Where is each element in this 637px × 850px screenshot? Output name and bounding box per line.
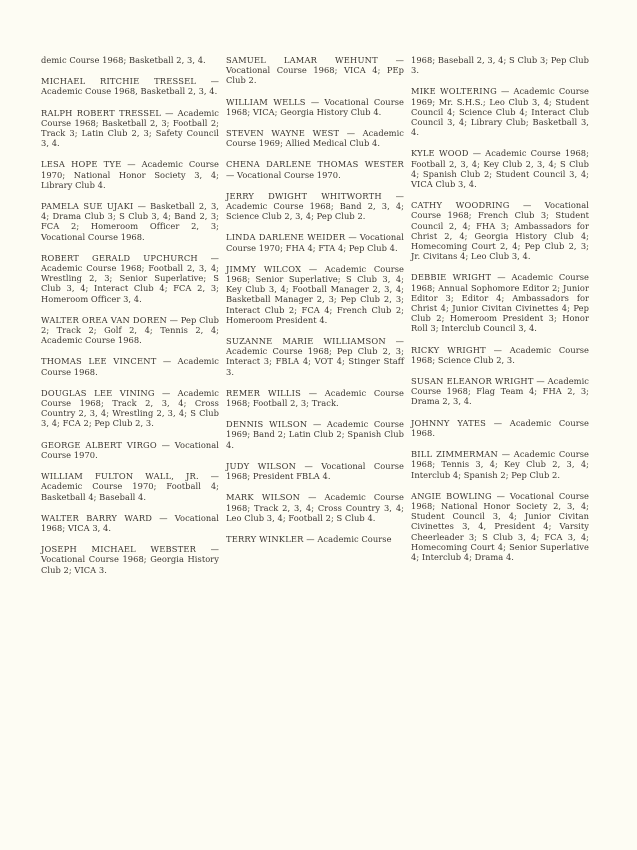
student-name: CHENA DARLENE THOMAS WESTER (226, 159, 404, 169)
student-name: SUSAN ELEANOR WRIGHT (411, 376, 534, 386)
senior-entry: SAMUEL LAMAR WEHUNT — Vocational Course … (226, 55, 404, 86)
senior-entry: LESA HOPE TYE — Academic Course 1970; Na… (41, 159, 219, 190)
student-activities: demic Course 1968; Basketball 2, 3, 4. (41, 55, 206, 65)
senior-entry: WILLIAM WELLS — Vocational Course 1968; … (226, 97, 404, 117)
senior-entry: MICHAEL RITCHIE TRESSEL — Academic Couse… (41, 76, 219, 96)
senior-entry: RALPH ROBERT TRESSEL — Academic Course 1… (41, 108, 219, 149)
senior-entry: JOSEPH MICHAEL WEBSTER — Vocational Cour… (41, 544, 219, 575)
student-name: LINDA DARLENE WEIDER (226, 232, 345, 242)
senior-entry: MIKE WOLTERING — Academic Course 1969; M… (411, 86, 589, 137)
column-3: 1968; Baseball 2, 3, 4; S Club 3; Pep Cl… (411, 55, 589, 573)
senior-entry: PAMELA SUE UJAKI — Basketball 2, 3, 4; D… (41, 201, 219, 242)
student-name: JERRY DWIGHT WHITWORTH (226, 191, 382, 201)
student-name: GEORGE ALBERT VIRGO (41, 440, 157, 450)
senior-entry: DEBBIE WRIGHT — Academic Course 1968; An… (411, 272, 589, 333)
senior-entry: ROBERT GERALD UPCHURCH — Academic Course… (41, 253, 219, 304)
student-name: RALPH ROBERT TRESSEL (41, 108, 161, 118)
senior-entry: THOMAS LEE VINCENT — Academic Course 196… (41, 356, 219, 376)
senior-entry: WALTER BARRY WARD — Vocational 1968; VIC… (41, 513, 219, 533)
senior-entry: TERRY WINKLER — Academic Course (226, 534, 404, 544)
student-activities: — Academic Course (304, 534, 392, 544)
senior-entry: STEVEN WAYNE WEST — Academic Course 1969… (226, 128, 404, 148)
student-activities: — Vocational Course 1970. (226, 170, 341, 180)
senior-entry: JIMMY WILCOX — Academic Course 1968; Sen… (226, 264, 404, 325)
student-name: WILLIAM FULTON WALL, JR. (41, 471, 199, 481)
student-name: DENNIS WILSON (226, 419, 307, 429)
student-name: ANGIE BOWLING (411, 491, 492, 501)
senior-entry: SUSAN ELEANOR WRIGHT — Academic Course 1… (411, 376, 589, 407)
senior-entry: REMER WILLIS — Academic Course 1968; Foo… (226, 388, 404, 408)
student-name: RICKY WRIGHT (411, 345, 486, 355)
student-name: MICHAEL RITCHIE TRESSEL (41, 76, 196, 86)
senior-entry: RICKY WRIGHT — Academic Course 1968; Sci… (411, 345, 589, 365)
student-name: BILL ZIMMERMAN (411, 449, 498, 459)
senior-entry: CATHY WOODRING — Vocational Course 1968;… (411, 200, 589, 261)
senior-entry: JUDY WILSON — Vocational Course 1968; Pr… (226, 461, 404, 481)
student-name: WALTER OREA VAN DOREN (41, 315, 167, 325)
senior-entry: SUZANNE MARIE WILLIAMSON — Academic Cour… (226, 336, 404, 377)
student-name: DOUGLAS LEE VINING (41, 388, 155, 398)
student-name: CATHY WOODRING (411, 200, 510, 210)
column-1: demic Course 1968; Basketball 2, 3, 4.MI… (41, 55, 219, 586)
senior-entry: LINDA DARLENE WEIDER — Vocational Course… (226, 232, 404, 252)
senior-entry: JOHNNY YATES — Academic Course 1968. (411, 418, 589, 438)
student-name: STEVEN WAYNE WEST (226, 128, 339, 138)
student-name: WALTER BARRY WARD (41, 513, 152, 523)
student-name: KYLE WOOD (411, 148, 469, 158)
senior-entry: BILL ZIMMERMAN — Academic Course 1968; T… (411, 449, 589, 480)
student-activities: — Vocational Course 1968; National Honor… (411, 491, 589, 562)
student-name: WILLIAM WELLS (226, 97, 306, 107)
senior-entry: WALTER OREA VAN DOREN — Pep Club 2; Trac… (41, 315, 219, 346)
student-name: TERRY WINKLER (226, 534, 304, 544)
student-name: JUDY WILSON (226, 461, 296, 471)
senior-entry: JERRY DWIGHT WHITWORTH — Academic Course… (226, 191, 404, 222)
student-name: MIKE WOLTERING (411, 86, 497, 96)
student-name: JOSEPH MICHAEL WEBSTER (41, 544, 196, 554)
student-name: ROBERT GERALD UPCHURCH (41, 253, 198, 263)
senior-entry: demic Course 1968; Basketball 2, 3, 4. (41, 55, 219, 65)
student-name: LESA HOPE TYE (41, 159, 121, 169)
senior-entry: KYLE WOOD — Academic Course 1968; Footba… (411, 148, 589, 189)
student-name: REMER WILLIS (226, 388, 301, 398)
student-name: DEBBIE WRIGHT (411, 272, 491, 282)
senior-entry: MARK WILSON — Academic Course 1968; Trac… (226, 492, 404, 523)
senior-entry: CHENA DARLENE THOMAS WESTER — Vocational… (226, 159, 404, 179)
senior-entry: 1968; Baseball 2, 3, 4; S Club 3; Pep Cl… (411, 55, 589, 75)
senior-entry: DENNIS WILSON — Academic Course 1969; Ba… (226, 419, 404, 450)
student-name: MARK WILSON (226, 492, 300, 502)
student-name: SUZANNE MARIE WILLIAMSON (226, 336, 386, 346)
student-name: JIMMY WILCOX (226, 264, 301, 274)
student-activities: 1968; Baseball 2, 3, 4; S Club 3; Pep Cl… (411, 55, 589, 75)
student-name: THOMAS LEE VINCENT (41, 356, 156, 366)
senior-entry: GEORGE ALBERT VIRGO — Vocational Course … (41, 440, 219, 460)
student-name: PAMELA SUE UJAKI (41, 201, 134, 211)
student-name: JOHNNY YATES (411, 418, 486, 428)
column-2: SAMUEL LAMAR WEHUNT — Vocational Course … (226, 55, 404, 555)
senior-entry: ANGIE BOWLING — Vocational Course 1968; … (411, 491, 589, 562)
senior-entry: WILLIAM FULTON WALL, JR. — Academic Cour… (41, 471, 219, 502)
student-name: SAMUEL LAMAR WEHUNT (226, 55, 378, 65)
senior-entry: DOUGLAS LEE VINING — Academic Course 196… (41, 388, 219, 429)
